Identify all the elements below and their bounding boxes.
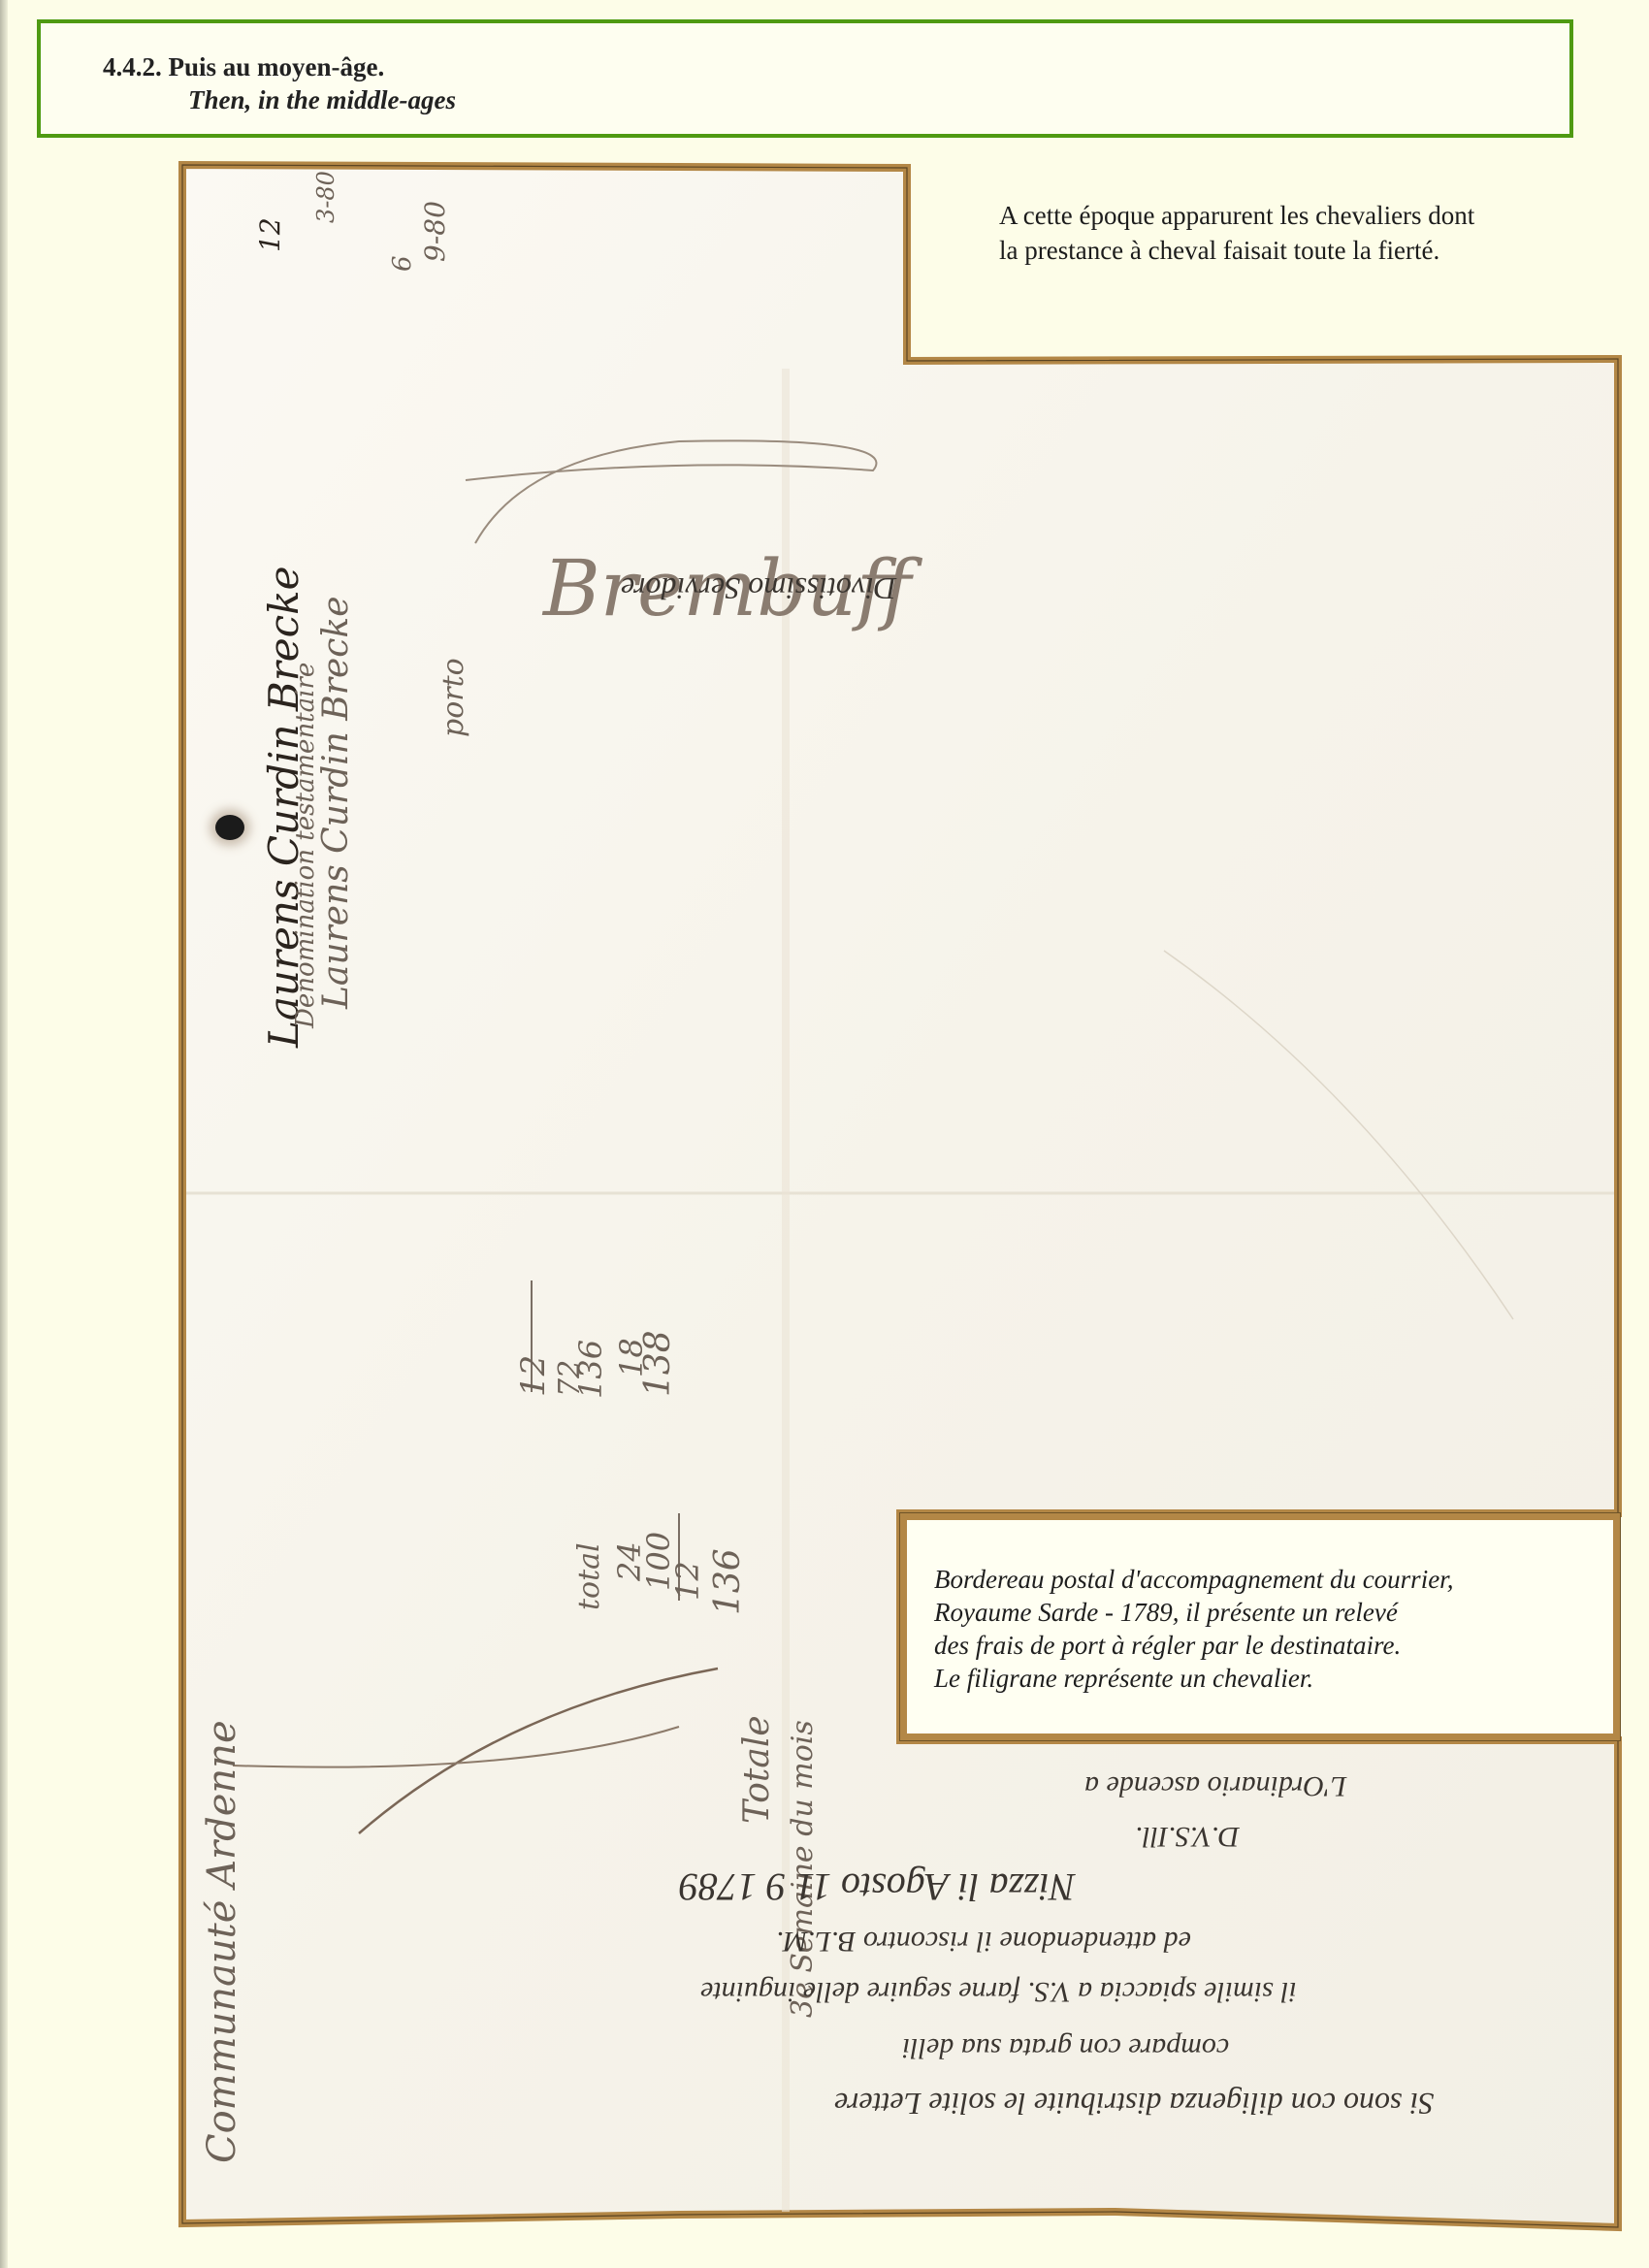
section-subtitle: Then, in the middle-ages (188, 85, 456, 115)
top-figure-12: 12 (254, 217, 286, 252)
ledger-figure-18: 18 (613, 1338, 650, 1377)
second-figure-136: 136 (708, 1548, 748, 1615)
notch-caption-line: la prestance à cheval faisait toute la f… (999, 233, 1474, 268)
address-handwriting-2: Denomination testamentaire (291, 663, 320, 1028)
address-handwriting-dark: Laurens Curdin Brecke (260, 567, 307, 1048)
second-figure-24: 24 (611, 1541, 648, 1581)
section-title: 4.4.2. Puis au moyen-âge. (103, 52, 384, 82)
printed-date-line: Nizza li Agosto 11 9 1789 (679, 1864, 1076, 1910)
top-figure-380: 3-80 (312, 171, 339, 223)
printed-dvsill: D.V.S.Ill. (1135, 1820, 1240, 1853)
caption-line: des frais de port à régler par le destin… (934, 1629, 1453, 1662)
caption-line: Le filigrane représente un chevalier. (934, 1662, 1453, 1695)
printed-line-attendendone: ed attendendone il riscontro B.L.M. (776, 1925, 1191, 1958)
printed-line-simile: il simile spiaccia a V.S. farne seguire … (700, 1975, 1297, 2008)
scribble-date: 3e Semaine du mois (786, 1720, 820, 2018)
ledger-figure-138: 138 (638, 1330, 678, 1397)
caption-line: Royaume Sarde - 1789, il présente un rel… (934, 1596, 1453, 1629)
address-handwriting: Laurens Curdin Brecke (316, 596, 356, 1009)
document-caption-box: Bordereau postal d'accompagnement du cou… (900, 1513, 1620, 1740)
ledger-figure-12: 12 (514, 1355, 553, 1397)
porto-handwriting: porto (436, 658, 470, 737)
second-figure-100: 100 (640, 1532, 677, 1591)
printed-ordinario: L'Ordinario ascende a (1084, 1769, 1346, 1802)
document-caption: Bordereau postal d'accompagnement du cou… (934, 1563, 1453, 1695)
binding-shadow (0, 0, 8, 2268)
printed-line-comparse: compare con grata sua delli (902, 2031, 1229, 2064)
top-figure-980: 9-80 (419, 201, 451, 262)
printed-signature-line: Divotissimo Servidore (621, 570, 896, 606)
notch-caption-line: A cette époque apparurent les chevaliers… (999, 198, 1474, 233)
second-figure-12: 12 (669, 1561, 706, 1601)
ledger-header: Communauté Ardenne (200, 1720, 244, 2163)
ledger-figure-136: 136 (572, 1340, 609, 1399)
section-title-box: 4.4.2. Puis au moyen-âge. Then, in the m… (37, 19, 1573, 138)
wax-seal-mark (215, 815, 244, 840)
caption-line: Bordereau postal d'accompagnement du cou… (934, 1563, 1453, 1596)
ledger-figure-72: 72 (553, 1360, 587, 1397)
signature: Brembuff (543, 543, 912, 633)
letter-frame (0, 0, 1649, 2268)
top-figure-6: 6 (388, 255, 417, 272)
printed-line-sono: Si sono con diligenza distribuite le sol… (834, 2086, 1434, 2122)
letter-scan: Laurens Curdin Brecke Laurens Curdin Bre… (0, 0, 1649, 2268)
second-total-label: Totale (737, 1715, 777, 1824)
notch-caption: A cette époque apparurent les chevaliers… (999, 198, 1474, 268)
ledger-total-label: total (572, 1542, 606, 1610)
